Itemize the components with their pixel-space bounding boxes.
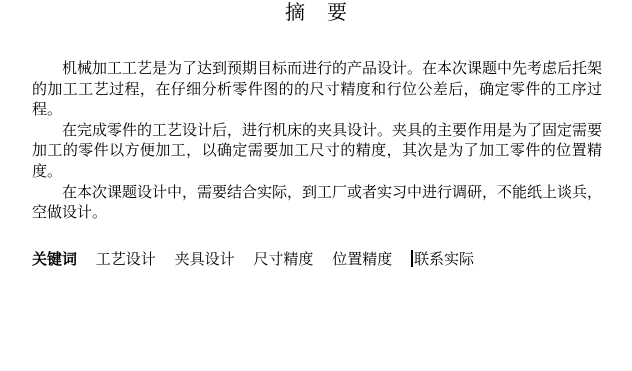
paragraph-2: 在完成零件的工艺设计后，进行机床的夹具设计。夹具的主要作用是为了固定需要加工的零… (32, 120, 602, 182)
keyword-item: 工艺设计 (96, 250, 156, 268)
title-char-1: 摘 (285, 0, 305, 24)
keywords-label: 关键词 (32, 250, 77, 268)
paragraph-1: 机械加工工艺是为了达到预期目标而进行的产品设计。在本次课题中先考虑后托架的加工工… (32, 58, 602, 120)
text-cursor (411, 250, 413, 267)
keywords-line: 关键词 工艺设计 夹具设计 尺寸精度 位置精度 联系实际 (32, 248, 488, 270)
keyword-item: 位置精度 (332, 250, 392, 268)
abstract-body: 机械加工工艺是为了达到预期目标而进行的产品设计。在本次课题中先考虑后托架的加工工… (32, 58, 602, 223)
keyword-item: 夹具设计 (175, 250, 235, 268)
keyword-item: 尺寸精度 (253, 250, 313, 268)
abstract-title: 摘要 (0, 0, 632, 24)
paragraph-3: 在本次课题设计中，需要结合实际，到工厂或者实习中进行调研，不能纸上谈兵，空做设计… (32, 182, 602, 223)
title-char-2: 要 (327, 0, 347, 24)
keyword-item: 联系实际 (414, 250, 474, 268)
